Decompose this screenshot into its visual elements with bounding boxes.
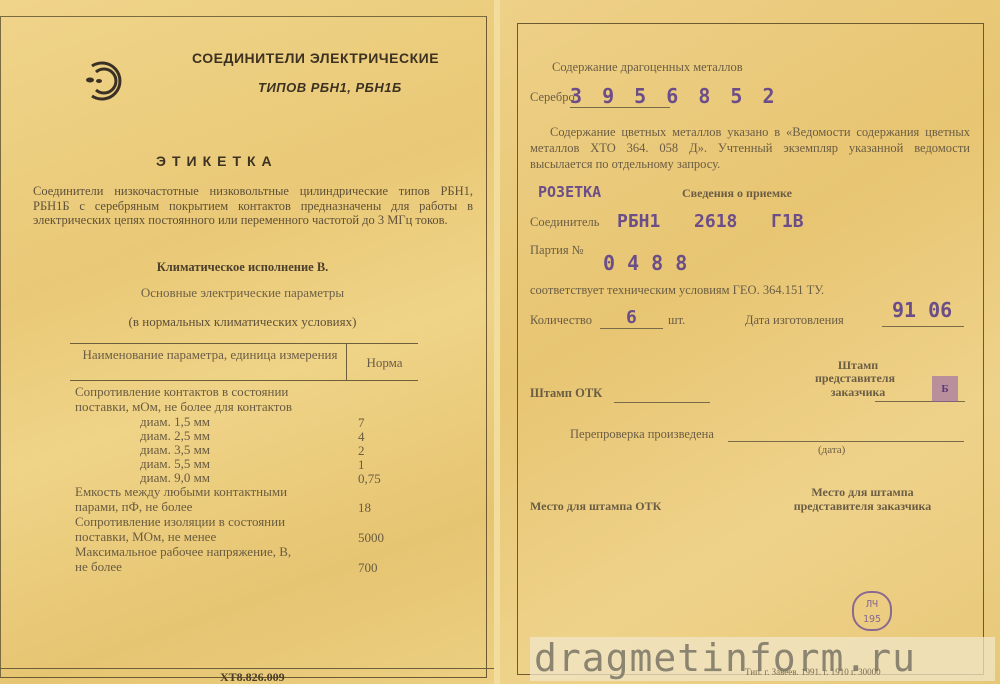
param-name: диам. 1,5 мм <box>140 414 210 429</box>
param-value: 5000 <box>358 530 384 546</box>
otk-stamp-underline <box>614 402 710 403</box>
table-header-rule <box>70 380 418 381</box>
param-name: диам. 2,5 мм <box>140 428 210 443</box>
recheck-date-caption: (дата) <box>818 444 845 456</box>
silver-value: 3 9 5 6 8 5 2 <box>570 84 779 108</box>
param-name: Максимальное рабочее напряжение, В, <box>75 544 291 559</box>
bottom-rule <box>0 668 496 669</box>
table-row: Сопротивление изоляции в состоянии <box>75 515 285 529</box>
date-underline <box>882 326 964 327</box>
quantity-value: 6 <box>626 307 637 328</box>
table-row: Максимальное рабочее напряжение, В, <box>75 545 291 559</box>
recheck-label: Перепроверка произведена <box>570 427 714 442</box>
inspector-hex-stamp: ЛЧ 195 <box>852 591 892 631</box>
customer-stamp-label-3: заказчика <box>798 385 918 400</box>
table-top-rule <box>70 343 418 344</box>
table-row: не более <box>75 560 122 574</box>
quantity-label: Количество <box>530 313 592 328</box>
param-name: парами, пФ, не более <box>75 499 192 514</box>
param-name: поставки, мОм, не более для контактов <box>75 399 292 414</box>
acceptance-title: Сведения о приемке <box>682 186 792 201</box>
type-stamp: РОЗЕТКА <box>538 183 601 201</box>
param-name: Емкость между любыми контактными <box>75 484 287 499</box>
param-name: диам. 9,0 мм <box>140 470 210 485</box>
silver-label: Серебро <box>530 90 575 105</box>
params-subtitle: (в нормальных климатических условиях) <box>0 314 485 330</box>
table-row: Сопротивление контактов в состоянии <box>75 385 288 399</box>
connector-logo-icon <box>82 58 126 102</box>
hex-stamp-line-2: 195 <box>854 612 890 627</box>
hex-stamp-line-1: ЛЧ <box>854 597 890 612</box>
description-paragraph: Соединители низкочастотные низковольтные… <box>33 184 473 228</box>
table-row: Емкость между любыми контактными <box>75 485 287 499</box>
precious-metals-title: Содержание драгоценных металлов <box>552 60 743 75</box>
table-row: парами, пФ, не более <box>75 500 192 514</box>
customer-place-line-2: представителя заказчика <box>770 499 955 514</box>
param-name: Сопротивление изоляции в состоянии <box>75 514 285 529</box>
batch-label: Партия № <box>530 243 584 258</box>
param-name: диам. 3,5 мм <box>140 442 210 457</box>
label-heading: ЭТИКЕТКА <box>156 153 278 169</box>
date-label: Дата изготовления <box>745 313 844 328</box>
batch-value: 0 4 8 8 <box>603 251 687 275</box>
param-name: поставки, МОм, не менее <box>75 529 216 544</box>
right-page-frame <box>517 23 984 675</box>
title-line-2: ТИПОВ РБН1, РБН1Б <box>258 80 402 95</box>
param-value: 18 <box>358 500 371 516</box>
climate-version: Климатическое исполнение В. <box>0 260 485 275</box>
otk-stamp-label: Штамп ОТК <box>530 386 602 401</box>
param-name: Сопротивление контактов в состоянии <box>75 384 288 399</box>
table-header-norm: Норма <box>352 355 417 371</box>
customer-stamp-mark: Б <box>932 376 958 402</box>
title-line-1: СОЕДИНИТЕЛИ ЭЛЕКТРИЧЕСКИЕ <box>192 50 439 66</box>
param-name: диам. 5,5 мм <box>140 456 210 471</box>
nonferrous-paragraph: Содержание цветных металлов указано в «В… <box>530 124 970 172</box>
table-header-param: Наименование параметра, единица измерени… <box>80 347 340 362</box>
customer-place-line-1: Место для штампа <box>770 485 955 500</box>
print-info: Тип. г. Завеев. 1991. г. 1910 г. 30000 <box>745 667 881 677</box>
left-page: СОЕДИНИТЕЛИ ЭЛЕКТРИЧЕСКИЕ ТИПОВ РБН1, РБ… <box>0 0 496 684</box>
table-column-divider <box>346 343 347 381</box>
date-value: 91 06 <box>892 298 952 322</box>
silver-underline <box>570 107 670 108</box>
right-page: Содержание драгоценных металлов Серебро … <box>500 0 1000 684</box>
quantity-unit: шт. <box>668 313 685 328</box>
connector-label: Соединитель <box>530 215 600 230</box>
customer-stamp-label-2: представителя <box>790 371 920 386</box>
table-row: поставки, мОм, не более для контактов <box>75 400 292 414</box>
params-title: Основные электрические параметры <box>0 285 485 301</box>
param-value: 0,75 <box>358 471 381 487</box>
document-code: ХТ8.826.009 <box>220 670 285 684</box>
connector-value: РБН1 2618 Г1В <box>617 211 804 232</box>
recheck-underline <box>728 441 964 442</box>
conformity-text: соответствует техническим условиям ГЕО. … <box>530 283 824 298</box>
param-name: не более <box>75 559 122 574</box>
param-value: 700 <box>358 560 378 576</box>
quantity-underline <box>600 328 663 329</box>
otk-place-label: Место для штампа ОТК <box>530 499 661 514</box>
table-row: поставки, МОм, не менее <box>75 530 216 544</box>
